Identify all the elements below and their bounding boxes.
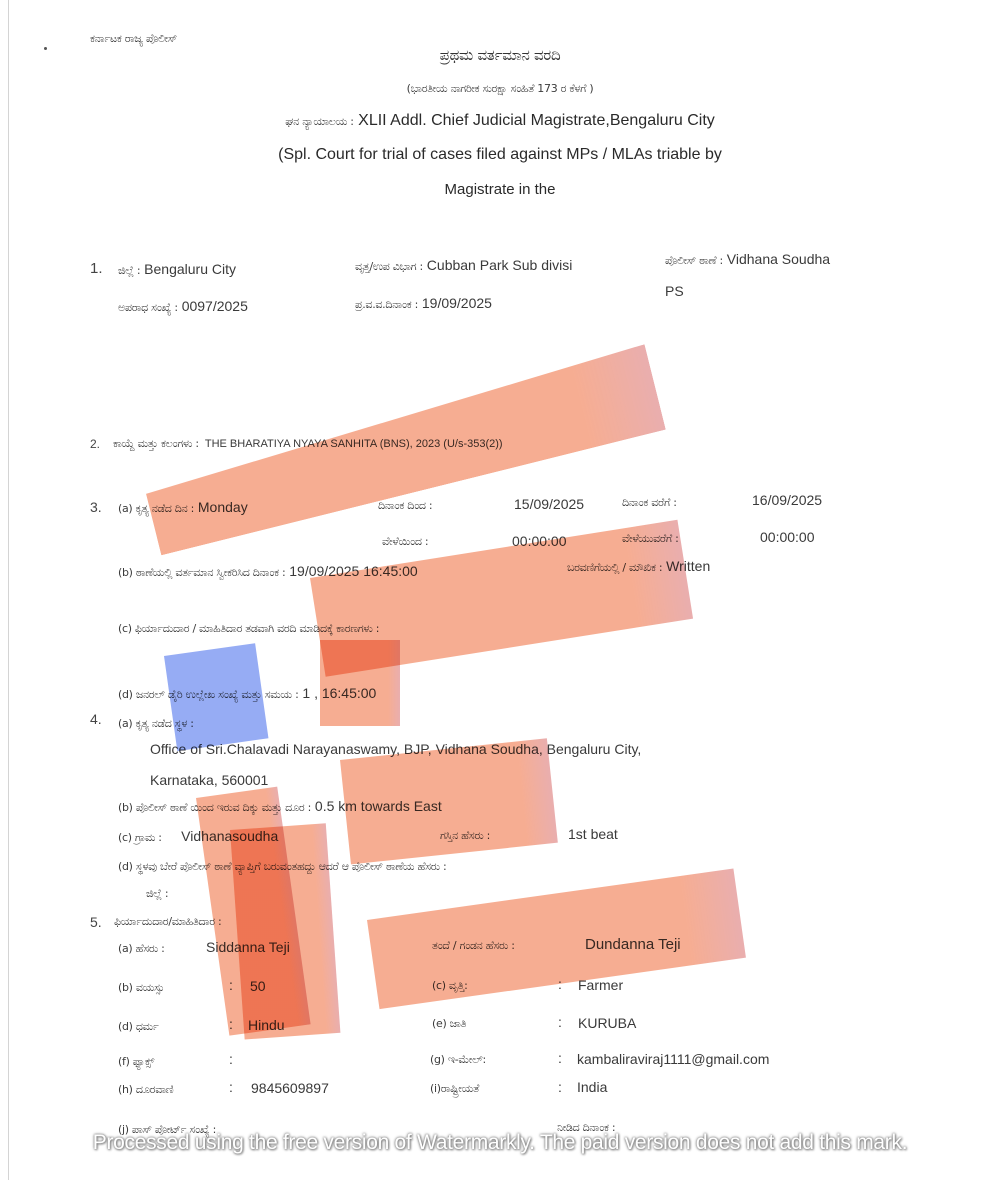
phone-label: (h) ದೂರವಾಣಿ [118,1081,173,1099]
report-title: ಪ್ರಥಮ ವರ್ತಮಾನ ವರದಿ [0,46,1000,64]
caste-colon: : [558,1013,562,1031]
father-name-value: Dundanna Teji [585,936,681,954]
time-from-label: ವೇಳೆಯಿಂದ : [382,533,428,551]
other-district-label: ಜಿಲ್ಲೆ : [146,885,168,903]
court-line-2: (Spl. Court for trial of cases filed aga… [0,146,1000,164]
subdivision-value: Cubban Park Sub divisi [427,257,573,273]
name-value: Siddanna Teji [206,938,290,956]
nationality-label: (i)ರಾಷ್ಟ್ರೀಯತೆ [430,1080,479,1098]
occupation-label: (c) ವೃತ್ತಿ: [432,977,468,995]
section-2-number: 2. [90,435,100,453]
section-5-number: 5. [90,913,102,931]
station-value: Vidhana Soudha [727,251,830,267]
offence-day-field: (a) ಕೃತ್ಯ ನಡೆದ ದಿನ : Monday [118,498,248,518]
general-diary-field: (d) ಜನರಲ್ ಡೈರಿ ಉಲ್ಲೇಖ ಸಂಖ್ಯೆ ಮತ್ತು ಸಮಯ :… [118,684,376,704]
report-mode-field: ಬರವಣಿಗೆಯಲ್ಲಿ / ಮೌಖಿಕ : Written [567,557,710,577]
offence-day-label: (a) ಕೃತ್ಯ ನಡೆದ ದಿನ : [118,502,194,515]
highlight-band-2b [320,640,400,726]
act-sections-field: ಕಾಯ್ದೆ ಮತ್ತು ಕಲಂಗಳು : THE BHARATIYA NYAY… [113,435,503,453]
age-colon: : [229,976,233,994]
fax-label: (f) ಫ್ಯಾಕ್ಸ್ [118,1053,154,1071]
delay-reason-field: (c) ಫಿರ್ಯಾದುದಾರ / ಮಾಹಿತಿದಾರ ತಡವಾಗಿ ವರದಿ … [118,618,379,638]
fax-colon: : [229,1050,233,1068]
crime-number-field: ಅಪರಾಧ ಸಂಖ್ಯೆ : 0097/2025 [118,297,248,317]
watermark-text: Processed using the free version of Wate… [0,1131,1000,1155]
highlight-band-5 [367,869,746,1010]
received-date-label: (b) ಠಾಣೆಯಲ್ಲಿ ವರ್ತಮಾನ ಸ್ವೀಕರಿಸಿದ ದಿನಾಂಕ … [118,566,285,579]
section-3-number: 3. [90,498,102,516]
other-station-label: (d) ಸ್ಥಳವು ಬೇರೆ ಪೊಲೀಸ್ ಠಾಣೆ ವ್ಯಾಪ್ತಿಗೆ ಬ… [118,860,446,873]
court-line-3: Magistrate in the [0,181,1000,199]
phone-value: 9845609897 [251,1079,329,1097]
general-diary-value: 1 , 16:45:00 [302,685,376,701]
age-label: (b) ವಯಸ್ಸು [118,979,164,997]
direction-distance-label: (b) ಪೊಲೀಸ್ ಠಾಣೆ ಯಿಂದ ಇರುವ ದಿಕ್ಕು ಮತ್ತು ದ… [118,801,311,814]
date-from-value: 15/09/2025 [514,495,584,513]
report-mode-label: ಬರವಣಿಗೆಯಲ್ಲಿ / ಮೌಖಿಕ : [567,561,662,574]
station-label: ಪೊಲೀಸ್ ಠಾಣೆ : [665,254,723,267]
received-date-value: 19/09/2025 16:45:00 [289,563,417,579]
direction-distance-field: (b) ಪೊಲೀಸ್ ಠಾಣೆ ಯಿಂದ ಇರುವ ದಿಕ್ಕು ಮತ್ತು ದ… [118,797,442,817]
date-to-value: 16/09/2025 [752,491,822,509]
report-subtitle: (ಭಾರತೀಯ ನಾಗರೀಕ ಸುರಕ್ಷಾ ಸಂಹಿತೆ 173 ರ ಕೆಳಗ… [0,79,1000,98]
complainant-heading: ಫಿರ್ಯಾದುದಾರ/ಮಾಹಿತಿದಾರ : [114,913,221,931]
subdivision-label: ವೃತ್ತ/ಉಪ ವಿಭಾಗ : [355,260,423,273]
act-sections-label: ಕಾಯ್ದೆ ಮತ್ತು ಕಲಂಗಳು : [113,437,199,450]
station-value-line2: PS [665,282,684,300]
occupation-colon: : [558,975,562,993]
offence-place-field: (a) ಕೃತ್ಯ ನಡೆದ ಸ್ಥಳ : [118,713,194,733]
page-edge [8,0,9,1180]
delay-reason-label: (c) ಫಿರ್ಯಾದುದಾರ / ಮಾಹಿತಿದಾರ ತಡವಾಗಿ ವರದಿ … [118,622,379,635]
offence-place-value-2: Karnataka, 560001 [150,771,268,789]
fir-date-label: ಪ್ರ.ವ.ವ.ದಿನಾಂಕ : [355,298,418,311]
time-from-value: 00:00:00 [512,532,567,550]
phone-colon: : [229,1078,233,1096]
religion-value: Hindu [248,1016,285,1034]
district-field: ಜಿಲ್ಲೆ : Bengaluru City [118,260,236,280]
fir-date-value: 19/09/2025 [422,295,492,311]
subtitle-text: (ಭಾರತೀಯ ನಾಗರೀಕ ಸುರಕ್ಷಾ ಸಂಹಿತೆ 173 ರ ಕೆಳಗ… [407,82,594,95]
nationality-colon: : [558,1078,562,1096]
highlight-band-4 [196,787,311,1036]
offence-place-label: (a) ಕೃತ್ಯ ನಡೆದ ಸ್ಥಳ : [118,717,194,730]
caste-label: (e) ಜಾತಿ [432,1015,466,1033]
nationality-value: India [577,1078,607,1096]
beat-label: ಗಸ್ತಿನ ಹೆಸರು : [440,827,490,845]
offence-day-value: Monday [198,499,248,515]
crime-number-label: ಅಪರಾಧ ಸಂಖ್ಯೆ : [118,301,178,314]
fir-date-field: ಪ್ರ.ವ.ವ.ದಿನಾಂಕ : 19/09/2025 [355,294,492,314]
offence-place-value-1: Office of Sri.Chalavadi Narayanaswamy, B… [150,740,641,758]
section-1-number: 1. [90,260,103,278]
caste-value: KURUBA [578,1014,636,1032]
village-field: (c) ಗ್ರಾಮ : Vidhanasoudha [118,827,278,847]
religion-label: (d) ಧರ್ಮ [118,1018,159,1036]
email-colon: : [558,1049,562,1067]
age-value: 50 [250,977,266,995]
village-label: (c) ಗ್ರಾಮ : [118,831,162,844]
station-field: ಪೊಲೀಸ್ ಠಾಣೆ : Vidhana Soudha [665,250,830,270]
date-from-label: ದಿನಾಂಕ ದಿಂದ : [378,497,432,515]
date-to-label: ದಿನಾಂಕ ವರೆಗೆ : [622,494,677,512]
email-value: kambaliraviraj1111@gmail.com [577,1050,769,1068]
village-value: Vidhanasoudha [181,828,278,844]
received-date-field: (b) ಠಾಣೆಯಲ್ಲಿ ವರ್ತಮಾನ ಸ್ವೀಕರಿಸಿದ ದಿನಾಂಕ … [118,562,418,582]
email-label: (g) ಇ-ಮೇಲ್: [430,1051,486,1069]
beat-value: 1st beat [568,825,618,843]
subdivision-field: ವೃತ್ತ/ಉಪ ವಿಭಾಗ : Cubban Park Sub divisi [355,256,572,276]
court-label: ಘನ ನ್ಯಾಯಾಲಯ : [285,115,353,128]
crime-number-value: 0097/2025 [182,298,248,314]
other-station-field: (d) ಸ್ಥಳವು ಬೇರೆ ಪೊಲೀಸ್ ಠಾಣೆ ವ್ಯಾಪ್ತಿಗೆ ಬ… [118,856,446,876]
court-value: XLII Addl. Chief Judicial Magistrate,Ben… [358,112,715,129]
occupation-value: Farmer [578,976,623,994]
act-sections-value: THE BHARATIYA NYAYA SANHITA (BNS), 2023 … [205,438,503,450]
district-value: Bengaluru City [144,261,236,277]
father-name-label: ತಂದೆ / ಗಂಡನ ಹೆಸರು : [432,937,515,955]
section-4-number: 4. [90,710,102,728]
name-label: (a) ಹೆಸರು : [118,940,165,958]
court-line: ಘನ ನ್ಯಾಯಾಲಯ : XLII Addl. Chief Judicial … [0,112,1000,131]
direction-distance-value: 0.5 km towards East [315,798,442,814]
time-to-label: ವೇಳೆಯುವರೆಗೆ : [622,530,679,548]
district-label: ಜಿಲ್ಲೆ : [118,264,140,277]
general-diary-label: (d) ಜನರಲ್ ಡೈರಿ ಉಲ್ಲೇಖ ಸಂಖ್ಯೆ ಮತ್ತು ಸಮಯ : [118,688,299,701]
report-mode-value: Written [666,558,710,574]
time-to-value: 00:00:00 [760,528,815,546]
religion-colon: : [229,1015,233,1033]
